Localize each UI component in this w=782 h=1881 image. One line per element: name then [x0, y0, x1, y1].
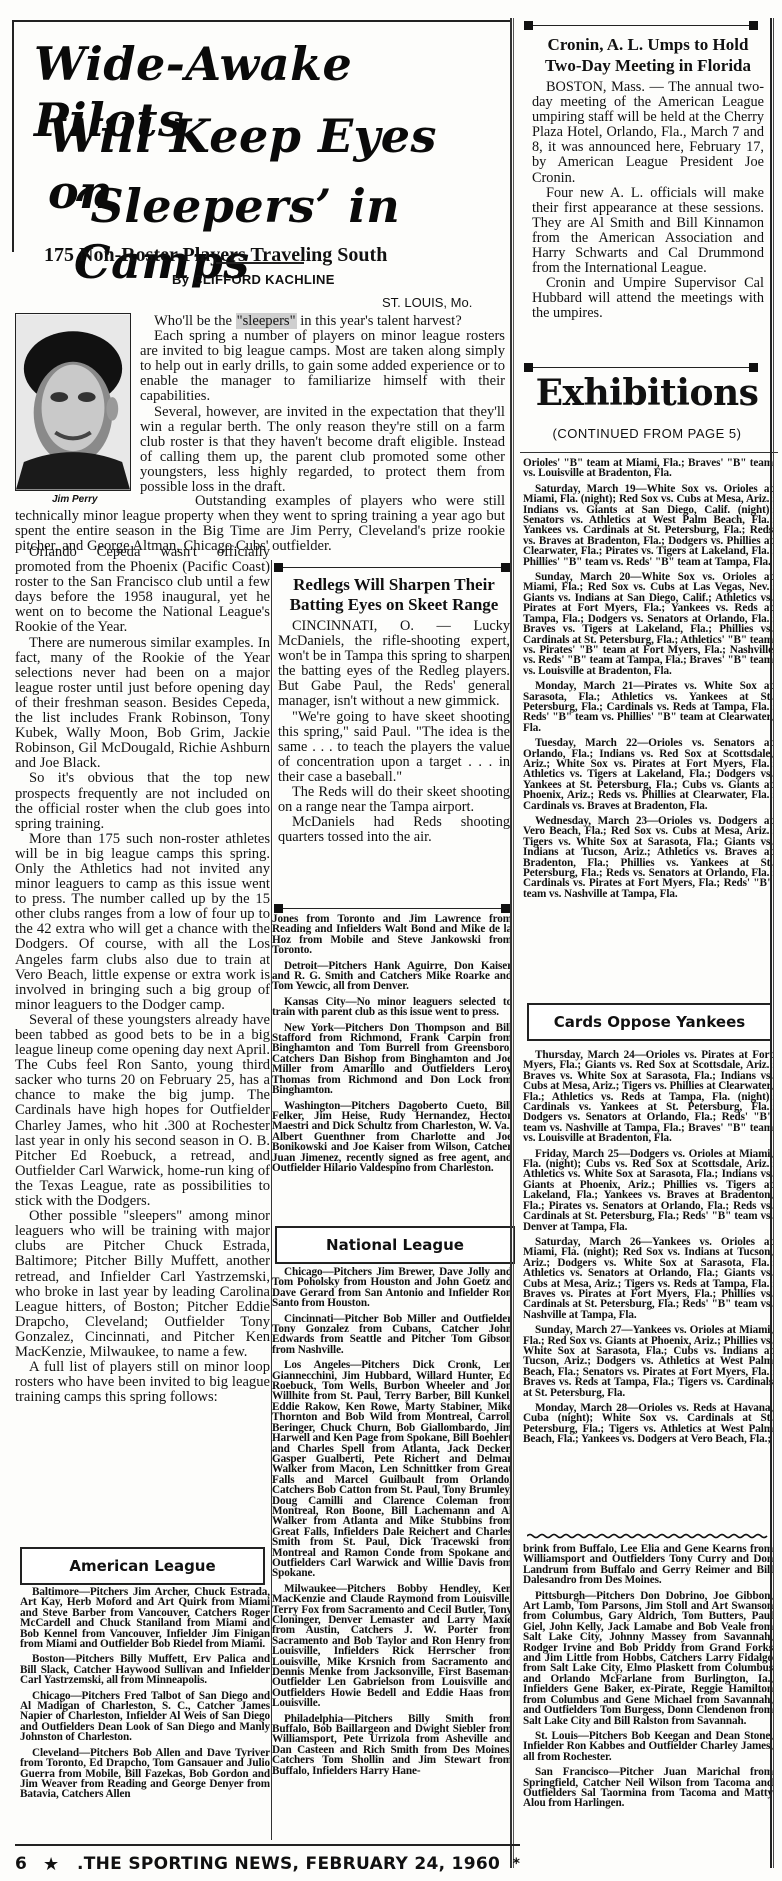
schedule-entry: Friday, March 25—Dodgers vs. Orioles at … [523, 1149, 773, 1232]
team-entry: Pittsburgh—Pitchers Don Dobrino, Joe Gib… [523, 1591, 773, 1726]
schedule-entry: Sunday, March 27—Yankees vs. Orioles at … [523, 1325, 773, 1398]
team-entry: Jones from Toronto and Jim Lawrence from… [272, 914, 512, 956]
newspaper-page: Wide-Awake Pilots Will Keep Eyes on ‘Sle… [0, 0, 782, 1881]
wavy-divider-icon [527, 1533, 769, 1539]
american-league-header: American League [20, 1547, 265, 1585]
intro-paragraph-2: Each spring a number of players on minor… [140, 329, 505, 404]
team-entry: St. Louis—Pitchers Bob Keegan and Dean S… [523, 1731, 773, 1762]
redlegs-body: CINCINNATI, O. — Lucky McDaniels, the ri… [278, 619, 510, 845]
column-divider-double [510, 18, 514, 1868]
dateline: ST. LOUIS, Mo. [382, 295, 472, 310]
intro-paragraph-1: Who'll be the "sleepers" in this year's … [140, 314, 505, 329]
divider [520, 452, 778, 453]
schedule-entry: Tuesday, March 22—Orioles vs. Senators a… [523, 738, 773, 811]
story-paragraph: More than 175 such non-roster athletes w… [15, 832, 270, 1013]
team-entry: Cincinnati—Pitcher Bob Miller and Outfie… [272, 1314, 512, 1356]
main-story-column: Orlando Cepeda wasn't officially promote… [15, 545, 270, 1405]
exhibition-schedule: Orioles' "B" team at Miami, Fla.; Braves… [523, 458, 773, 904]
story-paragraph: So it's obvious that the top new prospec… [15, 771, 270, 831]
team-entry: Washington—Pitchers Dagoberto Cueto, Bil… [272, 1101, 512, 1174]
american-league-list-continued: Jones from Toronto and Jim Lawrence from… [272, 914, 512, 1178]
page-edge-rule [770, 18, 774, 1868]
cronin-story: Cronin, A. L. Umps to Hold Two-Day Meeti… [532, 34, 764, 322]
headline-box: Wide-Awake Pilots Will Keep Eyes on ‘Sle… [12, 20, 512, 252]
box-rule-top [526, 25, 756, 33]
cards-oppose-yankees-header: Cards Oppose Yankees [527, 1003, 772, 1041]
star-icon: ★ [43, 1854, 77, 1875]
schedule-entry: Monday, March 28—Orioles vs. Reds at Hav… [523, 1403, 773, 1445]
cronin-headline: Cronin, A. L. Umps to Hold Two-Day Meeti… [532, 34, 764, 76]
intro-paragraph-3: Several, however, are invited in the exp… [140, 405, 505, 496]
team-entry: Los Angeles—Pitchers Dick Cronk, Len Gia… [272, 1360, 512, 1579]
team-entry: Chicago—Pitchers Fred Talbot of San Dieg… [20, 1691, 270, 1743]
team-entry: New York—Pitchers Don Thompson and Bill … [272, 1023, 512, 1096]
schedule-entry: Thursday, March 24—Orioles vs. Pirates a… [523, 1050, 773, 1144]
team-entry: San Francisco—Pitcher Juan Marichal from… [523, 1767, 773, 1809]
team-entry: Cleveland—Pitchers Bob Allen and Dave Ty… [20, 1748, 270, 1800]
national-league-list-continued: brink from Buffalo, Lee Elia and Gene Ke… [523, 1544, 773, 1814]
intro-paragraphs: Who'll be the "sleepers" in this year's … [140, 314, 505, 495]
exhibitions-title: Exhibitions [522, 372, 772, 414]
highlighted-term: "sleepers" [236, 313, 297, 329]
footer-rule [15, 1844, 520, 1846]
story-paragraph: Several of these youngsters already have… [15, 1013, 270, 1209]
team-entry: Milwaukee—Pitchers Bobby Hendley, Ken Ma… [272, 1584, 512, 1709]
masthead: .THE SPORTING NEWS, FEBRUARY 24, 1960 [77, 1854, 507, 1874]
team-entry: Philadelphia—Pitchers Billy Smith from B… [272, 1714, 512, 1776]
schedule-entry: Sunday, March 20—White Sox vs. Orioles a… [523, 572, 773, 676]
box-rule-top [276, 567, 508, 575]
schedule-entry: Saturday, March 26—Yankees vs. Orioles a… [523, 1237, 773, 1320]
divider [216, 262, 304, 264]
story-paragraph: A full list of players still on minor lo… [15, 1360, 270, 1405]
national-league-header: National League [275, 1226, 515, 1264]
continued-label: (CONTINUED FROM PAGE 5) [522, 426, 772, 441]
team-entry: Detroit—Pitchers Hank Aguirre, Don Kaise… [272, 961, 512, 992]
asterisk-icon: * [513, 1856, 520, 1872]
schedule-entry: Orioles' "B" team at Miami, Fla.; Braves… [523, 458, 773, 479]
team-entry: Boston—Pitchers Billy Muffett, Erv Palic… [20, 1654, 270, 1685]
story-paragraph: Orlando Cepeda wasn't officially promote… [15, 545, 270, 636]
schedule-entry: Monday, March 21—Pirates vs. White Sox a… [523, 681, 773, 733]
page-footer: 6 ★ .THE SPORTING NEWS, FEBRUARY 24, 196… [15, 1851, 520, 1877]
redlegs-story: Redlegs Will Sharpen Their Batting Eyes … [278, 575, 510, 845]
cronin-body: BOSTON, Mass. — The annual two-day meeti… [532, 80, 764, 322]
redlegs-headline: Redlegs Will Sharpen Their Batting Eyes … [278, 575, 510, 615]
portrait-image-icon [16, 314, 130, 490]
player-photo [15, 313, 131, 491]
schedule-entry: Wednesday, March 23—Orioles vs. Dodgers … [523, 816, 773, 899]
schedule-entry: Saturday, March 19—White Sox vs. Orioles… [523, 484, 773, 567]
national-league-list: Chicago—Pitchers Jim Brewer, Dave Jolly … [272, 1267, 512, 1781]
story-paragraph: Other possible "sleepers" among minor le… [15, 1209, 270, 1360]
page-number: 6 [15, 1854, 43, 1874]
team-entry: Chicago—Pitchers Jim Brewer, Dave Jolly … [272, 1267, 512, 1309]
byline: By CLIFFORD KACHLINE [172, 272, 335, 287]
team-entry: brink from Buffalo, Lee Elia and Gene Ke… [523, 1544, 773, 1586]
team-entry: Kansas City—No minor leaguers selected t… [272, 997, 512, 1018]
story-paragraph: There are numerous similar examples. In … [15, 636, 270, 772]
american-league-list: Baltimore—Pitchers Jim Archer, Chuck Est… [20, 1587, 270, 1805]
exhibition-schedule-continued: Thursday, March 24—Orioles vs. Pirates a… [523, 1050, 773, 1450]
team-entry: Baltimore—Pitchers Jim Archer, Chuck Est… [20, 1587, 270, 1649]
